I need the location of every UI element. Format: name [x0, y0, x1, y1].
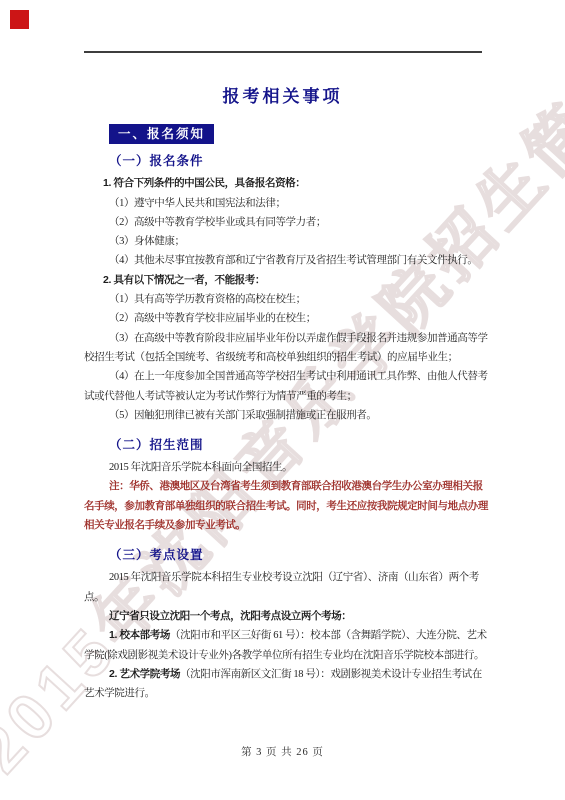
section-1-header-line: 一、报名须知	[84, 124, 488, 145]
rule-1-item-4: （4）其他未尽事宜按教育部和辽宁省教育厅及省招生考试管理部门有关文件执行。	[84, 251, 488, 270]
section-2-heading: （二）招生范围	[84, 437, 488, 454]
page-number-footer: 第 3 页 共 26 页	[0, 744, 565, 759]
document-body: 一、报名须知 （一）报名条件 1. 符合下列条件的中国公民，具备报名资格： （1…	[84, 124, 488, 703]
venue-2-label: 2. 艺术学院考场	[109, 668, 180, 680]
section-3-subintro: 辽宁省只设立沈阳一个考点，沈阳考点设立两个考场：	[84, 607, 488, 626]
rule-2-intro: 2. 具有以下情况之一者，不能报考：	[84, 271, 488, 290]
rule-2-item-4: （4）在上一年度参加全国普通高等学校招生考试中利用通讯工具作弊、由他人代替考试或…	[84, 367, 488, 406]
rule-1-item-2: （2）高级中等教育学校毕业或具有同等学力者；	[84, 213, 488, 232]
section-2-note: 注：华侨、港澳地区及台湾省考生须到教育部联合招收港澳台学生办公室办理相关报名手续…	[84, 477, 488, 535]
rule-2-item-1: （1）具有高等学历教育资格的高校在校生；	[84, 290, 488, 309]
venue-1-label: 1. 校本部考场	[109, 629, 170, 641]
page-title: 报考相关事项	[0, 82, 565, 107]
rule-1-item-3: （3）身体健康；	[84, 232, 488, 251]
rule-2-item-3: （3）在高级中等教育阶段非应届毕业年份以弄虚作假手段报名并违规参加普通高等学校招…	[84, 329, 488, 368]
rule-2-item-2: （2）高级中等教育学校非应届毕业的在校生；	[84, 309, 488, 328]
rule-1-item-1: （1）遵守中华人民共和国宪法和法律；	[84, 194, 488, 213]
section-3-heading: （三）考点设置	[84, 547, 488, 564]
section-3-intro: 2015 年沈阳音乐学院本科招生专业校考设立沈阳（辽宁省）、济南（山东省）两个考…	[84, 568, 488, 607]
venue-2-paragraph: 2. 艺术学院考场（沈阳市浑南新区文汇街 18 号）：戏剧影视美术设计专业招生考…	[84, 665, 488, 704]
document-page: 2015年沈阳音乐学院招生简章 报考相关事项 一、报名须知 （一）报名条件 1.…	[0, 0, 565, 800]
rule-1-intro: 1. 符合下列条件的中国公民，具备报名资格：	[84, 174, 488, 193]
venue-1-paragraph: 1. 校本部考场（沈阳市和平区三好街 61 号）：校本部（含舞蹈学院）、大连分院…	[84, 626, 488, 665]
section-2-body: 2015 年沈阳音乐学院本科面向全国招生。	[84, 458, 488, 477]
rule-2-item-5: （5）因触犯刑律已被有关部门采取强制措施或正在服刑者。	[84, 406, 488, 425]
red-marker-square	[10, 10, 29, 29]
section-1-1-heading: （一）报名条件	[84, 153, 488, 170]
section-1-header: 一、报名须知	[109, 124, 214, 144]
header-rule	[84, 51, 482, 53]
